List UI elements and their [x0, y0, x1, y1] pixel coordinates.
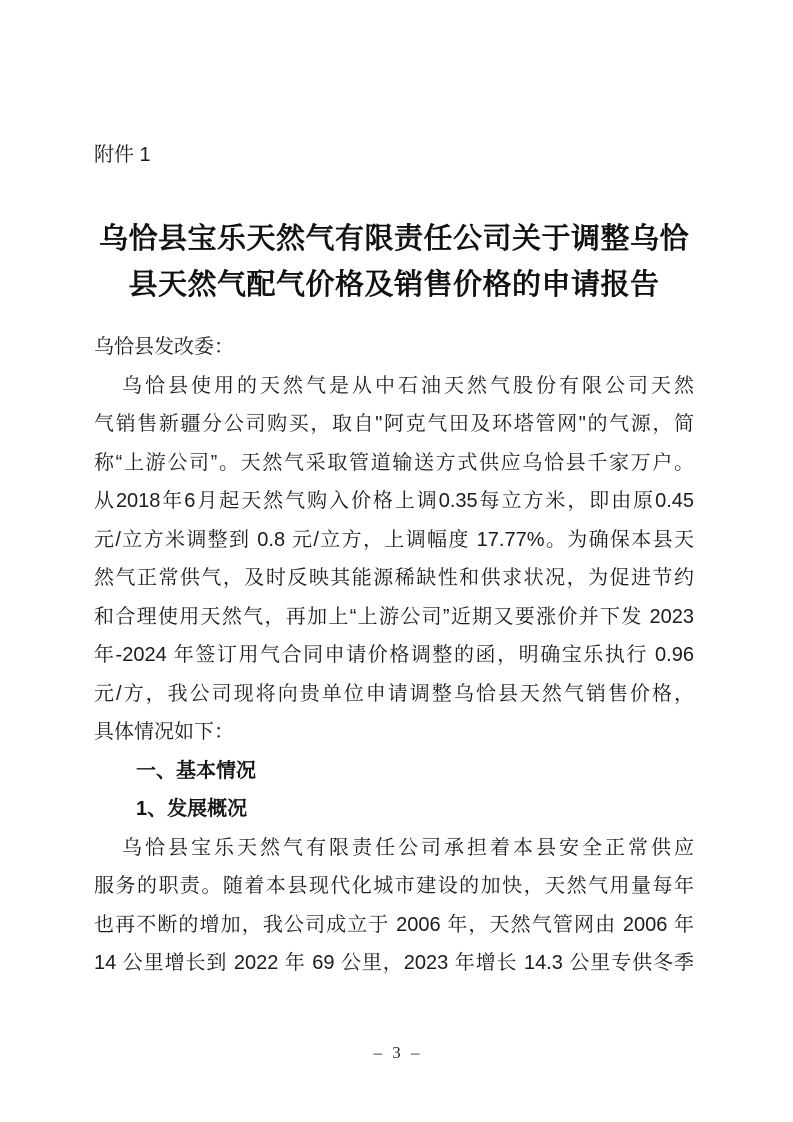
document-page: 附件 1 乌恰县宝乐天然气有限责任公司关于调整乌恰 县天然气配气价格及销售价格的… — [0, 0, 793, 1122]
page-number: – 3 – — [0, 1040, 793, 1066]
body-line: 元/立方米调整到 0.8 元/立方，上调幅度 17.77%。为确保本县天 — [94, 521, 694, 560]
salutation: 乌恰县发改委： — [94, 328, 694, 367]
document-body: 乌恰县发改委： 乌恰县使用的天然气是从中石油天然气股份有限公司天然 气销售新疆分… — [94, 328, 694, 983]
document-title: 乌恰县宝乐天然气有限责任公司关于调整乌恰 县天然气配气价格及销售价格的申请报告 — [94, 216, 694, 308]
section-heading: 一、基本情况 — [94, 752, 694, 791]
body-line: 乌恰县宝乐天然气有限责任公司承担着本县安全正常供应 — [94, 829, 694, 868]
body-line: 和合理使用天然气，再加上“上游公司”近期又要涨价并下发 2023 — [94, 598, 694, 637]
document-title-line-2: 县天然气配气价格及销售价格的申请报告 — [94, 262, 694, 308]
body-line: 年-2024 年签订用气合同申请价格调整的函，明确宝乐执行 0.96 — [94, 636, 694, 675]
body-line: 从2018年6月起天然气购入价格上调0.35每立方米，即由原0.45 — [94, 482, 694, 521]
attachment-label: 附件 1 — [94, 140, 694, 170]
subsection-heading: 1、发展概况 — [94, 790, 694, 829]
body-line: 元/方，我公司现将向贵单位申请调整乌恰县天然气销售价格， — [94, 675, 694, 714]
body-line: 乌恰县使用的天然气是从中石油天然气股份有限公司天然 — [94, 367, 694, 406]
body-line: 气销售新疆分公司购买，取自"阿克气田及环塔管网"的气源，简 — [94, 405, 694, 444]
body-line: 服务的职责。随着本县现代化城市建设的加快，天然气用量每年 — [94, 867, 694, 906]
body-line-closing: 具体情况如下： — [94, 713, 694, 752]
body-line: 也再不断的增加，我公司成立于 2006 年，天然气管网由 2006 年 — [94, 906, 694, 945]
document-title-line-1: 乌恰县宝乐天然气有限责任公司关于调整乌恰 — [94, 216, 694, 262]
body-line: 14 公里增长到 2022 年 69 公里，2023 年增长 14.3 公里专供… — [94, 944, 694, 983]
document-content: 附件 1 乌恰县宝乐天然气有限责任公司关于调整乌恰 县天然气配气价格及销售价格的… — [94, 0, 694, 983]
body-line: 称“上游公司”。天然气采取管道输送方式供应乌恰县千家万户。 — [94, 444, 694, 483]
body-line: 然气正常供气，及时反映其能源稀缺性和供求状况，为促进节约 — [94, 559, 694, 598]
